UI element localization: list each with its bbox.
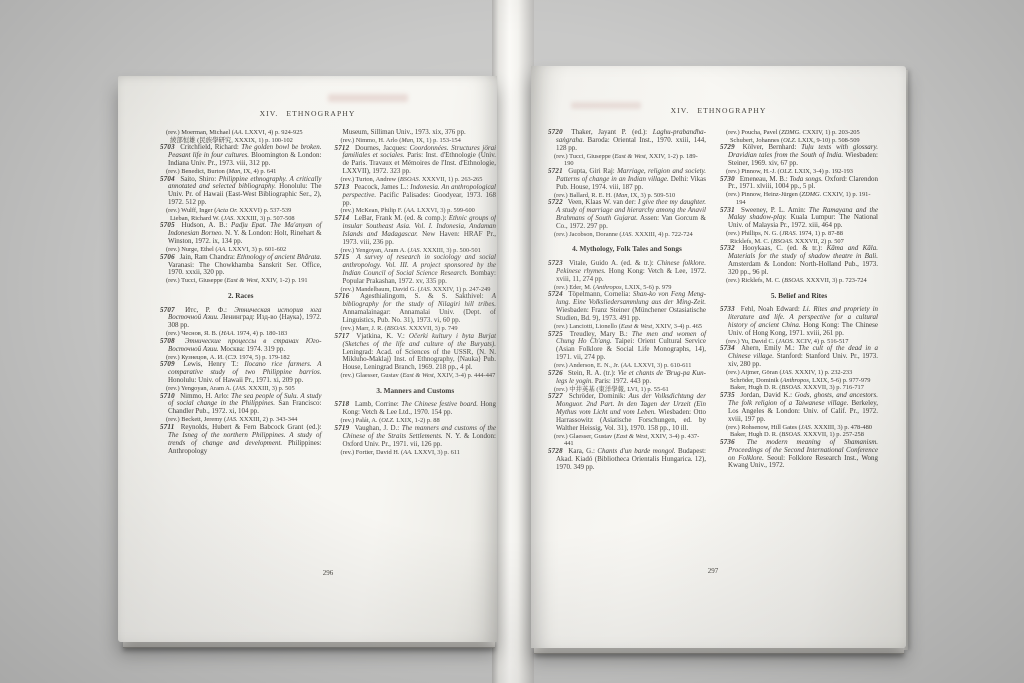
entry-number: 5718 [335, 400, 350, 408]
bib-entry-continuation: Museum, Silliman Univ., 1973. xix, 376 p… [335, 129, 497, 137]
ink-showthrough [328, 94, 408, 102]
entry-number: 5722 [548, 198, 563, 206]
entry-number: 5716 [335, 292, 350, 300]
bib-column: 5720 Thaker, Jayant P. (ed.): Laghu-prab… [548, 129, 706, 571]
review-line: (rev.) Phillips, N. G. (JRAS. 1974, 1) p… [720, 230, 878, 238]
bib-entry: 5729 Kölver, Bernhard: Tuḷu texts with g… [720, 144, 878, 168]
entry-number: 5735 [720, 391, 735, 399]
entry-number: 5709 [160, 360, 175, 368]
page-edge-stack-right [534, 647, 904, 654]
book-spine [492, 0, 534, 683]
bib-column: (rev.) Moerman, Michael (AA. LXXVI, 4) p… [160, 129, 322, 571]
bib-entry: 5719 Vaughan, J. D.: The manners and cus… [335, 425, 497, 449]
bib-entry: 5725 Treudley, Mary B.: The men and wome… [548, 331, 706, 363]
running-header-right: XIV. ETHNOGRAPHY [531, 106, 906, 115]
review-line: Schröder, Dominik (Anthropos, LXIX, 5-6)… [720, 377, 878, 385]
entry-number: 5732 [720, 244, 735, 252]
review-line: (rev.) Ricklefs, M. C. (BSOAS. XXXVII, 3… [720, 277, 878, 285]
bib-entry: 5714 LeBar, Frank M. (ed. & comp.): Ethn… [335, 215, 497, 247]
entry-number: 5712 [335, 144, 350, 152]
entry-number: 5721 [548, 167, 563, 175]
entry-number: 5713 [335, 183, 350, 191]
review-line: (rev.) Poucha, Pavel (ZDMG. CXXIV, 1) p.… [720, 129, 878, 137]
book-photo: { "photo": { "background_color": "#c9c9c… [0, 0, 1024, 683]
left-page-columns: (rev.) Moerman, Michael (AA. LXXVI, 4) p… [160, 129, 496, 571]
entry-number: 5731 [720, 206, 735, 214]
entry-number: 5704 [160, 175, 175, 183]
entry-number: 5724 [548, 290, 563, 298]
bib-column: (rev.) Poucha, Pavel (ZDMG. CXXIV, 1) p.… [720, 129, 878, 571]
bib-entry: 5705 Hudson, A. B.: Padju Epat. The Ma'a… [160, 222, 322, 246]
entry-number: 5706 [160, 253, 175, 261]
entry-number: 5728 [548, 447, 563, 455]
bib-entry: 5717 Vjatkina, K. V.: Očerki kultury i b… [335, 333, 497, 373]
entry-number: 5703 [160, 143, 175, 151]
review-line: (rev.) Moerman, Michael (AA. LXXVI, 4) p… [160, 129, 322, 137]
bib-entry: 5727 Schröder, Dominik: Aus der Volksdic… [548, 393, 706, 433]
entry-number: 5705 [160, 221, 175, 229]
page-number-right: 297 [548, 567, 878, 575]
right-page: XIV. ETHNOGRAPHY 5720 Thaker, Jayant P. … [531, 66, 906, 648]
entry-number: 5729 [720, 143, 735, 151]
section-heading: 2. Races [166, 292, 316, 301]
entry-number: 5726 [548, 369, 563, 377]
bib-entry: 5726 Stein, R. A. (tr.): Vie et chants d… [548, 370, 706, 386]
entry-number: 5710 [160, 392, 175, 400]
bib-entry: 5733 Fehl, Noah Edward: Li. Rites and pr… [720, 306, 878, 338]
review-line: (rev.) Wulff, Inger (Acta Or. XXXVI) p. … [160, 207, 322, 215]
entry-number: 5717 [335, 332, 350, 340]
running-header-left: XIV. ETHNOGRAPHY [118, 109, 497, 118]
bib-entry: 5716 Agesthialingom, S. & S. Sakthivel: … [335, 293, 497, 325]
left-page: XIV. ETHNOGRAPHY (rev.) Moerman, Michael… [118, 76, 497, 642]
bib-entry: 5715 A survey of research in sociology a… [335, 254, 497, 286]
review-line: (rev.) Aijmer, Göran (JAS. XXXIV, 1) p. … [720, 369, 878, 377]
entry-number: 5714 [335, 214, 350, 222]
entry-number: 5725 [548, 330, 563, 338]
bib-entry: 5720 Thaker, Jayant P. (ed.): Laghu-prab… [548, 129, 706, 153]
entry-number: 5727 [548, 392, 563, 400]
entry-number: 5733 [720, 305, 735, 313]
bib-entry: 5718 Lamb, Corrine: The Chinese festive … [335, 401, 497, 417]
review-line: (rev.) Glaesser, Gustav (East & West, XX… [548, 433, 706, 448]
bib-entry: 5710 Nimmo, H. Arlo: The sea people of S… [160, 393, 322, 417]
entry-number: 5734 [720, 344, 735, 352]
bib-entry: 5703 Critchfield, Richard: The golden bo… [160, 144, 322, 168]
bib-entry: 5704 Saito, Shiro: Philippine ethnograph… [160, 176, 322, 208]
entry-number: 5719 [335, 424, 350, 432]
right-page-columns: 5720 Thaker, Jayant P. (ed.): Laghu-prab… [548, 129, 878, 571]
bib-entry: 5730 Emeneau, M. B.: Toda songs. Oxford:… [720, 176, 878, 192]
bib-entry: 5712 Dournes, Jacques: Coordonnées. Stru… [335, 145, 497, 177]
bib-entry: 5713 Peacock, James L.: Indonesia. An an… [335, 184, 497, 208]
entry-number: 5708 [160, 337, 175, 345]
bib-entry: 5728 Kara, G.: Chants d'un barde mongol.… [548, 448, 706, 472]
bib-entry: 5722 Veen, Klaas W. van der: I give thee… [548, 199, 706, 231]
review-line: (rev.) Jacobson, Doranne (JAS. XXXIII, 4… [548, 231, 706, 239]
bib-entry: 5734 Ahern, Emily M.: The cult of the de… [720, 345, 878, 369]
bib-entry: 5721 Gupta, Giri Raj: Marriage, religion… [548, 168, 706, 192]
bib-entry: 5723 Vitale, Guido A. (ed. & tr.): Chine… [548, 260, 706, 284]
section-heading: 4. Mythology, Folk Tales and Songs [554, 245, 700, 254]
bib-entry: 5724 Töpelmann, Cornelia: Shan-ko von Fe… [548, 291, 706, 323]
review-line: (rev.) Tucci, Giuseppe (East & West, XXI… [548, 153, 706, 168]
review-line: (rev.) Rohsenow, Hill Gates (JAS. XXXIII… [720, 424, 878, 432]
page-edge-stack-left [123, 641, 495, 648]
bib-entry: 5732 Hooykaas, C. (ed. & tr.): Kāma and … [720, 245, 878, 277]
bib-entry: 5708 Этнические процессы в странах Юго-В… [160, 338, 322, 354]
entry-number: 5723 [548, 259, 563, 267]
bib-entry: 5709 Lewis, Henry T.: Ilocano rice farme… [160, 361, 322, 385]
entry-number: 5711 [160, 423, 174, 431]
entry-number: 5715 [335, 253, 350, 261]
review-line: (rev.) Tucci, Giuseppe (East & West, XXI… [160, 277, 322, 285]
bib-entry: 5706 Jain, Ram Chandra: Ethnology of anc… [160, 254, 322, 278]
section-heading: 5. Belief and Rites [726, 292, 872, 301]
bib-entry: 5735 Jordan, David K.: Gods, ghosts, and… [720, 392, 878, 424]
bib-entry: 5731 Sweeney, P. L. Amin: The Ramayana a… [720, 207, 878, 231]
entry-number: 5730 [720, 175, 735, 183]
review-line: (rev.) Fortier, David H. (AA. LXXVI, 3) … [335, 449, 497, 457]
bib-entry: 5736 The modern meaning of Shamanism. Pr… [720, 439, 878, 471]
bib-entry: 5707 Итс, Р. Ф.: Этническая история юга … [160, 307, 322, 331]
section-heading: 3. Manners and Customs [341, 387, 491, 396]
entry-number: 5736 [720, 438, 735, 446]
entry-number: 5707 [160, 306, 175, 314]
bib-entry: 5711 Reynolds, Hubert & Fern Babcock Gra… [160, 424, 322, 456]
review-line: (rev.) Pinnow, Heinz-Jürgen (ZDMG. CXXIV… [720, 191, 878, 206]
page-number-left: 296 [160, 569, 496, 577]
bib-column: Museum, Silliman Univ., 1973. xix, 376 p… [335, 129, 497, 571]
review-line: (rev.) Glaesser, Gustav (East & West, XX… [335, 372, 497, 380]
